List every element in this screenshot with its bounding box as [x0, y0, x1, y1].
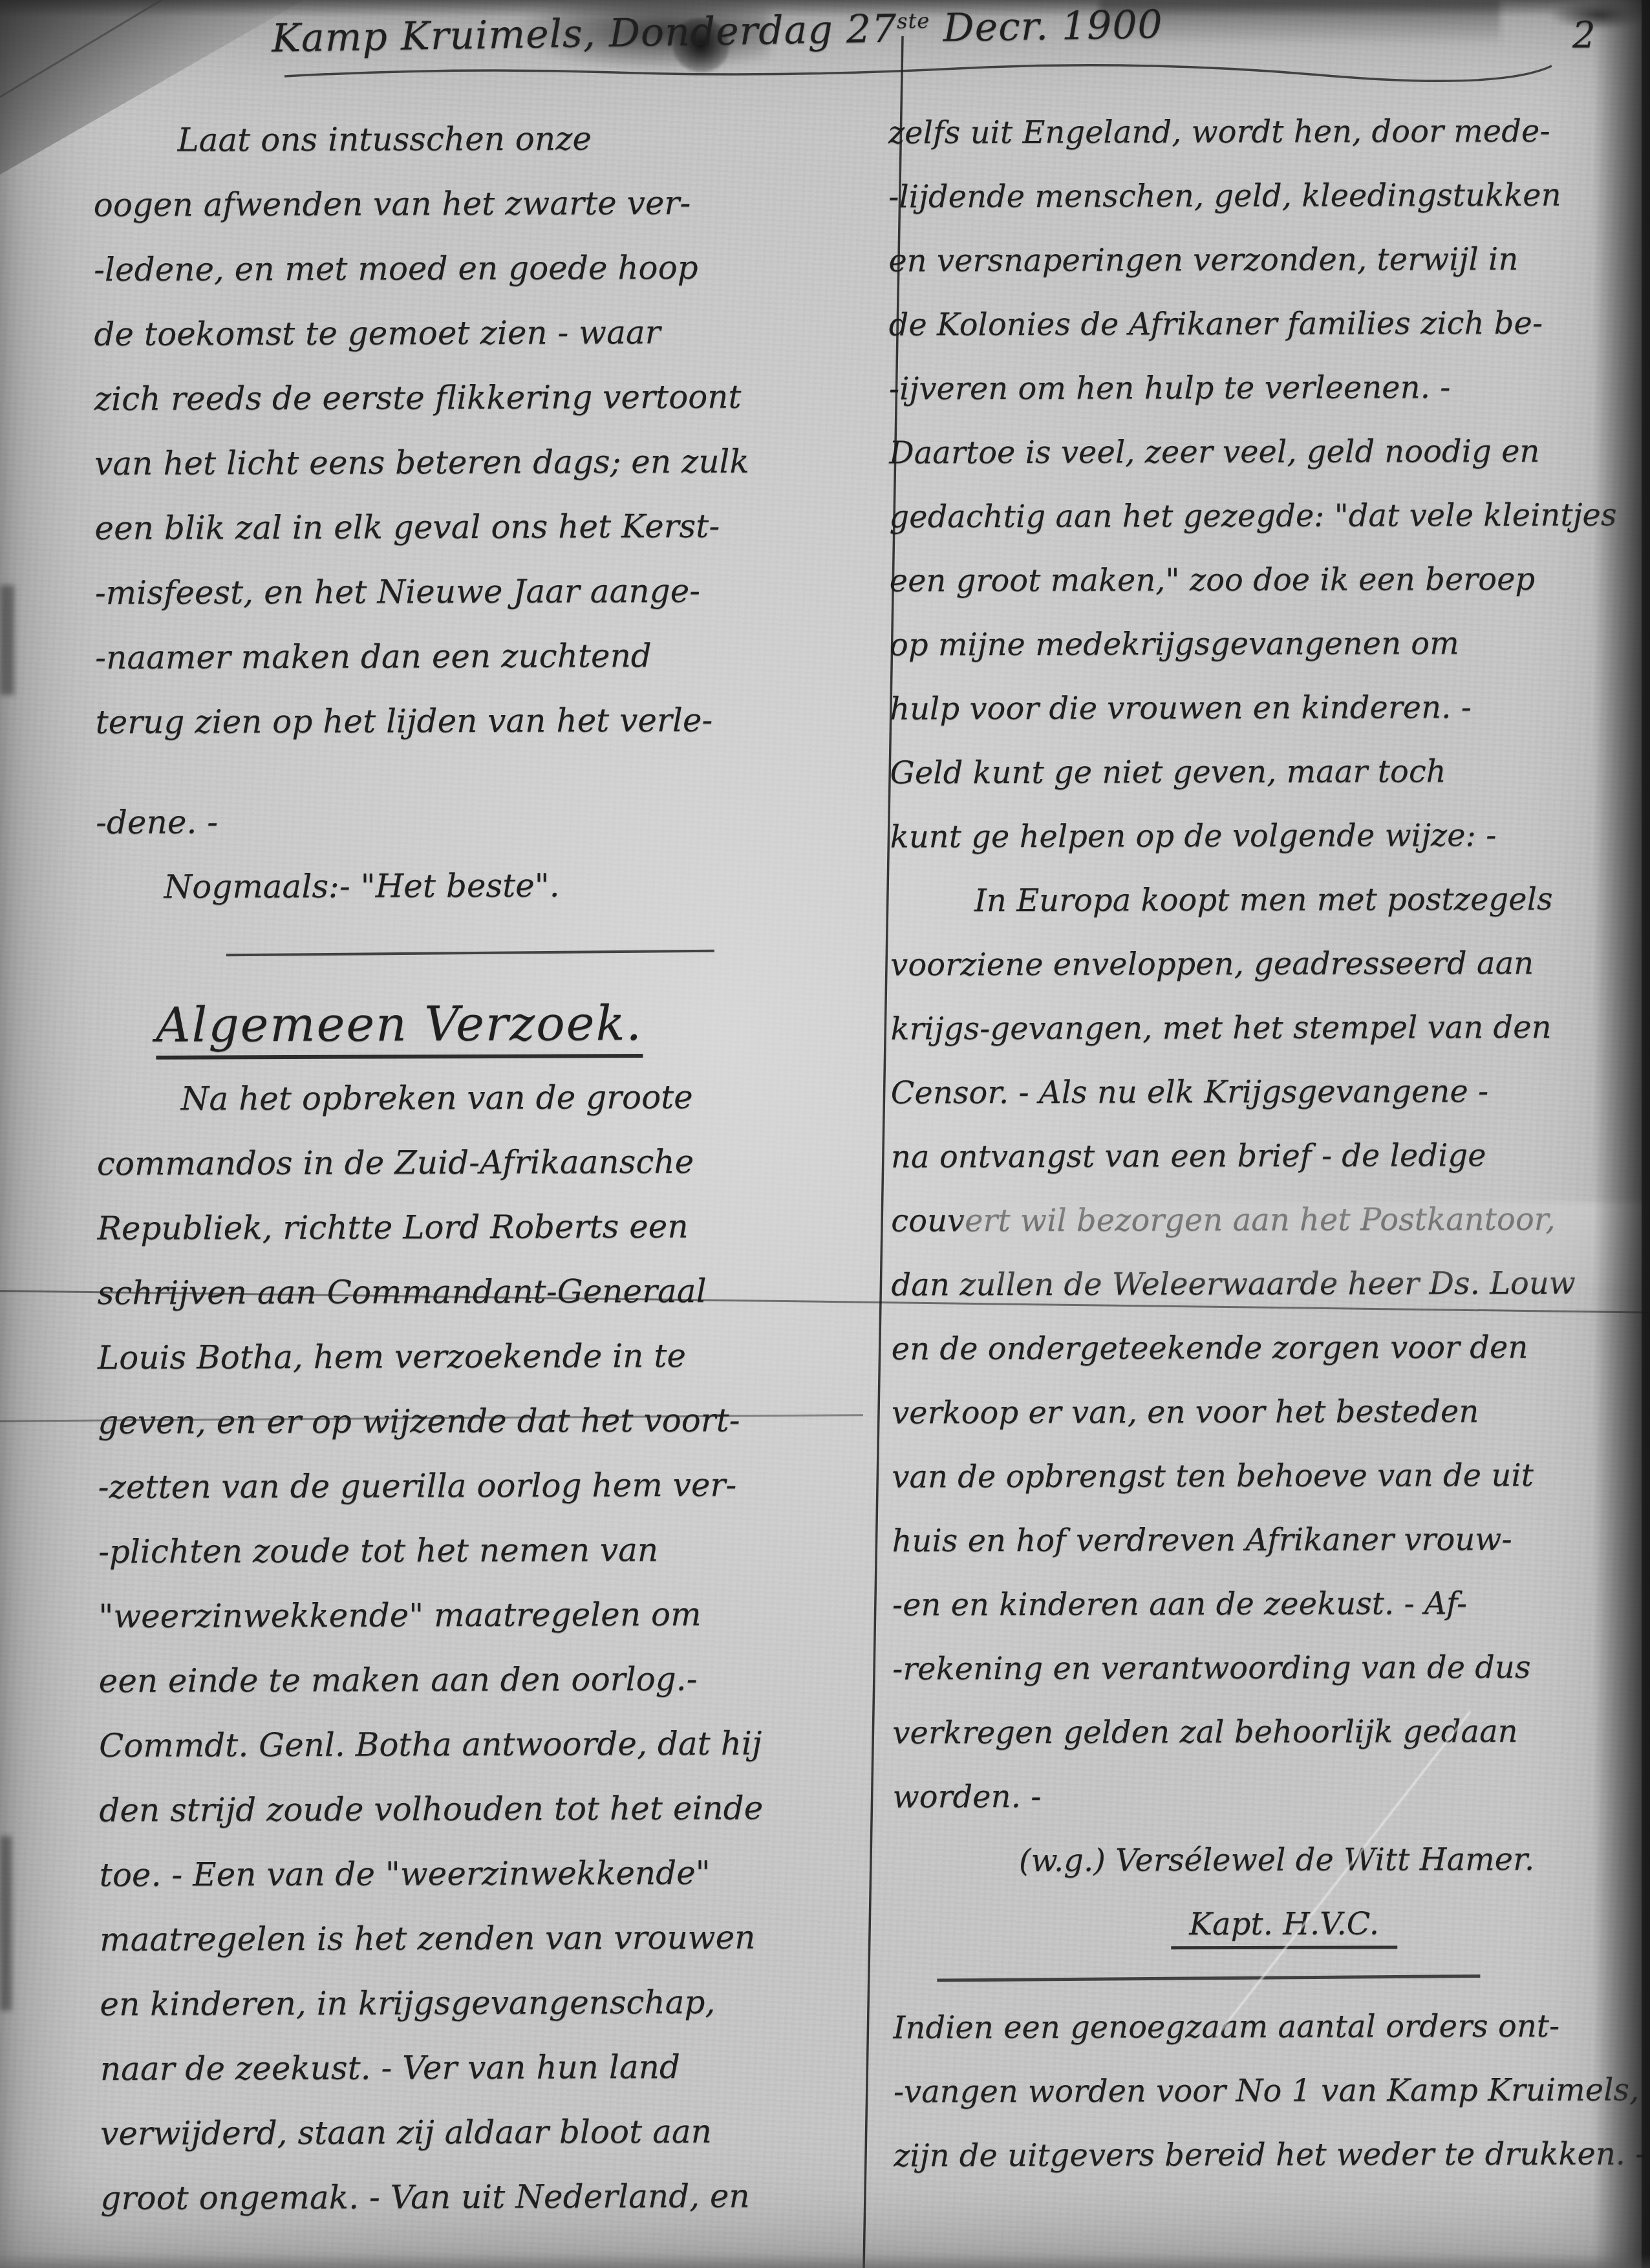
- handwritten-line: oogen afwenden van het zwarte ver-: [94, 170, 857, 237]
- handwritten-text: Nogmaals:- "Het beste".: [164, 867, 559, 906]
- handwritten-line: -dene. -: [96, 787, 859, 855]
- handwritten-line: commandos in de Zuid-Afrikaansche: [97, 1129, 860, 1196]
- handwritten-text: -lijdende menschen, geld, kleedingstukke…: [888, 177, 1561, 215]
- handwritten-text: voorziene enveloppen, geadresseerd aan: [890, 945, 1534, 983]
- handwritten-line: van de opbrengst ten behoeve van de uit: [892, 1444, 1625, 1510]
- handwritten-text: "weerzinwekkende" maatregelen om: [98, 1596, 701, 1635]
- handwritten-text: -misfeest, en het Nieuwe Jaar aange-: [95, 572, 700, 612]
- handwritten-line: kunt ge helpen op de volgende wijze: -: [890, 804, 1624, 870]
- handwritten-text: Laat ons intusschen onze: [177, 120, 592, 158]
- handwritten-text: zich reeds de eerste flikkering vertoont: [94, 378, 742, 418]
- handwritten-text: Republiek, richtte Lord Roberts een: [97, 1208, 688, 1247]
- handwritten-line: een groot maken," zoo doe ik een beroep: [890, 548, 1623, 614]
- handwritten-text: couvert wil bezorgen aan het Postkantoor…: [891, 1201, 1556, 1239]
- header-underline: [284, 65, 1552, 81]
- handwritten-text: In Europa koopt men met postzegels: [974, 881, 1553, 919]
- fold-edge-line: [0, 0, 162, 97]
- handwritten-text: een einde te maken aan den oorlog.-: [99, 1660, 698, 1700]
- handwritten-line: -rekening en verantwoording van de dus: [892, 1636, 1626, 1702]
- handwritten-text: Geld kunt ge niet geven, maar toch: [890, 753, 1446, 791]
- left-column: Laat ons intusschen onzeoogen afwenden v…: [93, 105, 863, 2231]
- handwritten-line: krijgs-gevangen, met het stempel van den: [890, 996, 1624, 1062]
- handwritten-line: schrijven aan Commandant-Generaal: [97, 1258, 860, 1325]
- handwritten-text: -ijveren om hen hulp te verleenen. -: [889, 369, 1451, 407]
- handwritten-text: en de ondergeteekende zorgen voor den: [892, 1329, 1528, 1367]
- handwritten-line: groot ongemak. - Van uit Nederland, en: [100, 2163, 863, 2231]
- handwritten-line: -misfeest, en het Nieuwe Jaar aange-: [95, 558, 858, 625]
- handwritten-line: Censor. - Als nu elk Krijgsgevangene -: [891, 1060, 1625, 1126]
- handwritten-line: verwijderd, staan zij aldaar bloot aan: [100, 2099, 863, 2166]
- handwritten-text: schrijven aan Commandant-Generaal: [98, 1272, 707, 1312]
- handwritten-text: van de opbrengst ten behoeve van de uit: [892, 1457, 1534, 1495]
- handwritten-line: hulp voor die vrouwen en kinderen. -: [890, 676, 1623, 742]
- handwritten-line: en de ondergeteekende zorgen voor den: [892, 1316, 1625, 1382]
- handwritten-text: -en en kinderen aan de zeekust. - Af-: [892, 1585, 1467, 1623]
- handwritten-line: een einde te maken aan den oorlog.-: [99, 1646, 862, 1713]
- handwritten-line: Na het opbreken van de groote: [96, 1064, 859, 1131]
- page-number: 2: [1572, 14, 1596, 56]
- handwritten-line: gedachtig aan het gezegde: "dat vele kle…: [889, 484, 1623, 550]
- handwritten-line: In Europa koopt men met postzegels: [890, 868, 1624, 934]
- handwritten-text: zelfs uit Engeland, wordt hen, door mede…: [888, 113, 1550, 151]
- handwritten-text: hulp voor die vrouwen en kinderen. -: [890, 689, 1472, 727]
- handwritten-line: "weerzinwekkende" maatregelen om: [98, 1581, 861, 1649]
- handwritten-line: en versnaperingen verzonden, terwijl in: [888, 228, 1622, 294]
- handwritten-text: Censor. - Als nu elk Krijgsgevangene -: [891, 1073, 1489, 1111]
- handwritten-text: geven, en er op wijzende dat het voort-: [98, 1402, 740, 1441]
- handwritten-text: de Kolonies de Afrikaner families zich b…: [889, 305, 1543, 343]
- handwritten-line: verkregen gelden zal behoorlijk gedaan: [892, 1700, 1626, 1766]
- handwritten-text: een blik zal in elk geval ons het Kerst-: [94, 508, 720, 547]
- handwritten-text: (w.g.) Versélewel de Witt Hamer.: [1019, 1841, 1534, 1879]
- edge-mark: [0, 1836, 12, 2011]
- handwritten-text: gedachtig aan het gezegde: "dat vele kle…: [889, 497, 1616, 535]
- handwritten-line: Commdt. Genl. Botha antwoorde, dat hij: [99, 1711, 862, 1778]
- handwritten-text: -ledene, en met moed en goede hoop: [94, 249, 698, 288]
- handwritten-text: en versnaperingen verzonden, terwijl in: [888, 241, 1518, 279]
- handwritten-line: Nogmaals:- "Het beste".: [96, 852, 859, 919]
- handwritten-line: -vangen worden voor No 1 van Kamp Kruime…: [894, 2059, 1627, 2124]
- handwritten-line: een blik zal in elk geval ons het Kerst-: [94, 493, 857, 561]
- handwritten-text: naar de zeekust. - Ver van hun land: [100, 2048, 680, 2088]
- handwritten-text: den strijd zoude volhouden tot het einde: [99, 1789, 763, 1829]
- handwritten-line: -plichten zoude tot het nemen van: [98, 1517, 861, 1584]
- handwritten-text: -plichten zoude tot het nemen van: [98, 1531, 658, 1570]
- handwritten-line: naar de zeekust. - Ver van hun land: [100, 2034, 863, 2101]
- handwritten-text: dan zullen de Weleerwaarde heer Ds. Louw: [891, 1265, 1575, 1303]
- handwritten-text: verwijderd, staan zij aldaar bloot aan: [100, 2113, 712, 2152]
- manuscript-page: Kamp Kruimels, Donderdag 27ste Decr. 190…: [0, 0, 1650, 2268]
- handwritten-line: Louis Botha, hem verzoekende in te: [98, 1323, 861, 1390]
- handwritten-line: -zetten van de guerilla oorlog hem ver-: [98, 1452, 861, 1519]
- handwritten-line: den strijd zoude volhouden tot het einde: [99, 1775, 862, 1843]
- handwritten-line: de toekomst te gemoet zien - waar: [94, 299, 857, 367]
- handwritten-line: op mijne medekrijgsgevangenen om: [890, 612, 1623, 678]
- handwritten-line: -en en kinderen aan de zeekust. - Af-: [892, 1572, 1626, 1638]
- handwritten-line: en kinderen, in krijgsgevangenschap,: [100, 1969, 862, 2037]
- handwritten-line: zich reeds de eerste flikkering vertoont: [94, 364, 857, 431]
- handwritten-line: de Kolonies de Afrikaner families zich b…: [889, 292, 1623, 358]
- handwritten-line: geven, en er op wijzende dat het voort-: [98, 1387, 861, 1455]
- handwritten-text: groot ongemak. - Van uit Nederland, en: [100, 2177, 749, 2218]
- handwritten-line: Republiek, richtte Lord Roberts een: [97, 1193, 860, 1261]
- handwritten-text: -vangen worden voor No 1 van Kamp Kruime…: [894, 2071, 1640, 2110]
- page-title-ordinal: ste: [897, 8, 930, 34]
- handwritten-line: Indien een genoegzaam aantal orders ont-: [893, 1995, 1627, 2060]
- handwritten-text: de toekomst te gemoet zien - waar: [94, 314, 660, 353]
- handwritten-text: verkregen gelden zal behoorlijk gedaan: [892, 1713, 1517, 1751]
- handwritten-text: kunt ge helpen op de volgende wijze: -: [890, 817, 1497, 855]
- handwritten-text: Daartoe is veel, zeer veel, geld noodig …: [889, 433, 1539, 471]
- section-heading: Algemeen Verzoek.: [96, 981, 859, 1067]
- handwritten-text: Kapt. H.V.C.: [1171, 1905, 1397, 1949]
- handwritten-text: oogen afwenden van het zwarte ver-: [94, 184, 691, 224]
- handwritten-line: -ijveren om hen hulp te verleenen. -: [889, 356, 1623, 422]
- handwritten-text: en kinderen, in krijgsgevangenschap,: [100, 1984, 715, 2023]
- page-edge-right: [1642, 0, 1650, 2268]
- handwritten-line: toe. - Een van de "weerzinwekkende": [100, 1840, 862, 1907]
- handwritten-text: zijn de uitgevers bereid het weder te dr…: [894, 2135, 1646, 2174]
- scanned-manuscript: { "colors": { "ink": "#1f1f1f", "paper":…: [0, 0, 1650, 2268]
- handwritten-text: -zetten van de guerilla oorlog hem ver-: [98, 1466, 737, 1506]
- edge-mark: [0, 585, 14, 695]
- handwritten-line: -lijdende menschen, geld, kleedingstukke…: [888, 164, 1622, 230]
- handwritten-text: van het licht eens beteren dags; en zulk: [94, 443, 749, 483]
- handwritten-line: -naamer maken dan een zuchtend: [95, 623, 858, 690]
- handwritten-line: -ledene, en met moed en goede hoop: [94, 235, 857, 302]
- handwritten-line: verkoop er van, en voor het besteden: [892, 1380, 1625, 1446]
- handwritten-line: Daartoe is veel, zeer veel, geld noodig …: [889, 420, 1623, 486]
- handwritten-text: krijgs-gevangen, met het stempel van den: [890, 1009, 1551, 1047]
- handwritten-line: zelfs uit Engeland, wordt hen, door mede…: [888, 100, 1622, 166]
- handwritten-text: terug zien op het lijden van het verle-: [95, 701, 712, 741]
- handwritten-text: Louis Botha, hem verzoekende in te: [98, 1337, 686, 1376]
- handwritten-line: voorziene enveloppen, geadresseerd aan: [890, 932, 1624, 998]
- page-title-prefix: Kamp Kruimels, Donderdag 27: [272, 6, 897, 61]
- handwritten-text: -dene. -: [96, 803, 218, 841]
- handwritten-text: maatregelen is het zenden van vrouwen: [100, 1919, 755, 1959]
- handwritten-text: -naamer maken dan een zuchtend: [95, 637, 652, 676]
- handwritten-line: Geld kunt ge niet geven, maar toch: [890, 740, 1623, 806]
- page-bottom-shadow: [0, 2254, 1650, 2268]
- page-title-suffix: Decr. 1900: [930, 2, 1163, 51]
- handwritten-text: -rekening en verantwoording van de dus: [892, 1649, 1531, 1687]
- handwritten-text: een groot maken," zoo doe ik een beroep: [890, 561, 1536, 599]
- handwritten-text: huis en hof verdreven Afrikaner vrouw-: [892, 1521, 1512, 1559]
- handwritten-text: Commdt. Genl. Botha antwoorde, dat hij: [99, 1724, 762, 1764]
- separator-rule: [96, 917, 859, 984]
- section-heading-text: Algemeen Verzoek.: [156, 996, 643, 1060]
- handwritten-line: dan zullen de Weleerwaarde heer Ds. Louw: [891, 1252, 1625, 1318]
- handwritten-text: Na het opbreken van de groote: [181, 1078, 693, 1118]
- handwritten-line: terug zien op het lijden van het verle-: [95, 687, 858, 754]
- signature-role-line: Kapt. H.V.C.: [893, 1892, 1627, 1958]
- handwritten-line: couvert wil bezorgen aan het Postkantoor…: [891, 1188, 1625, 1254]
- signature-line: (w.g.) Versélewel de Witt Hamer.: [893, 1828, 1627, 1894]
- right-column: zelfs uit Engeland, wordt hen, door mede…: [888, 100, 1627, 2188]
- handwritten-text: op mijne medekrijgsgevangenen om: [890, 625, 1459, 663]
- handwritten-line: Laat ons intusschen onze: [93, 105, 856, 173]
- handwritten-text: toe. - Een van de "weerzinwekkende": [100, 1854, 711, 1894]
- handwritten-line: huis en hof verdreven Afrikaner vrouw-: [892, 1508, 1625, 1574]
- handwritten-line: zijn de uitgevers bereid het weder te dr…: [894, 2123, 1627, 2188]
- handwritten-text: worden. -: [893, 1779, 1042, 1815]
- handwritten-text: verkoop er van, en voor het besteden: [892, 1393, 1479, 1431]
- handwritten-text: na ontvangst van een brief - de ledige: [891, 1137, 1486, 1175]
- handwritten-line: maatregelen is het zenden van vrouwen: [100, 1905, 862, 1972]
- handwritten-line: worden. -: [893, 1764, 1627, 1830]
- handwritten-text: Indien een genoegzaam aantal orders ont-: [894, 2008, 1560, 2046]
- handwritten-text: commandos in de Zuid-Afrikaansche: [97, 1143, 694, 1182]
- separator-rule: [893, 1956, 1627, 1996]
- handwritten-line: na ontvangst van een brief - de ledige: [891, 1124, 1625, 1190]
- ink-blot: [1548, 0, 1650, 30]
- page-title: Kamp Kruimels, Donderdag 27ste Decr. 190…: [272, 2, 1164, 61]
- handwritten-line: van het licht eens beteren dags; en zulk: [94, 429, 857, 496]
